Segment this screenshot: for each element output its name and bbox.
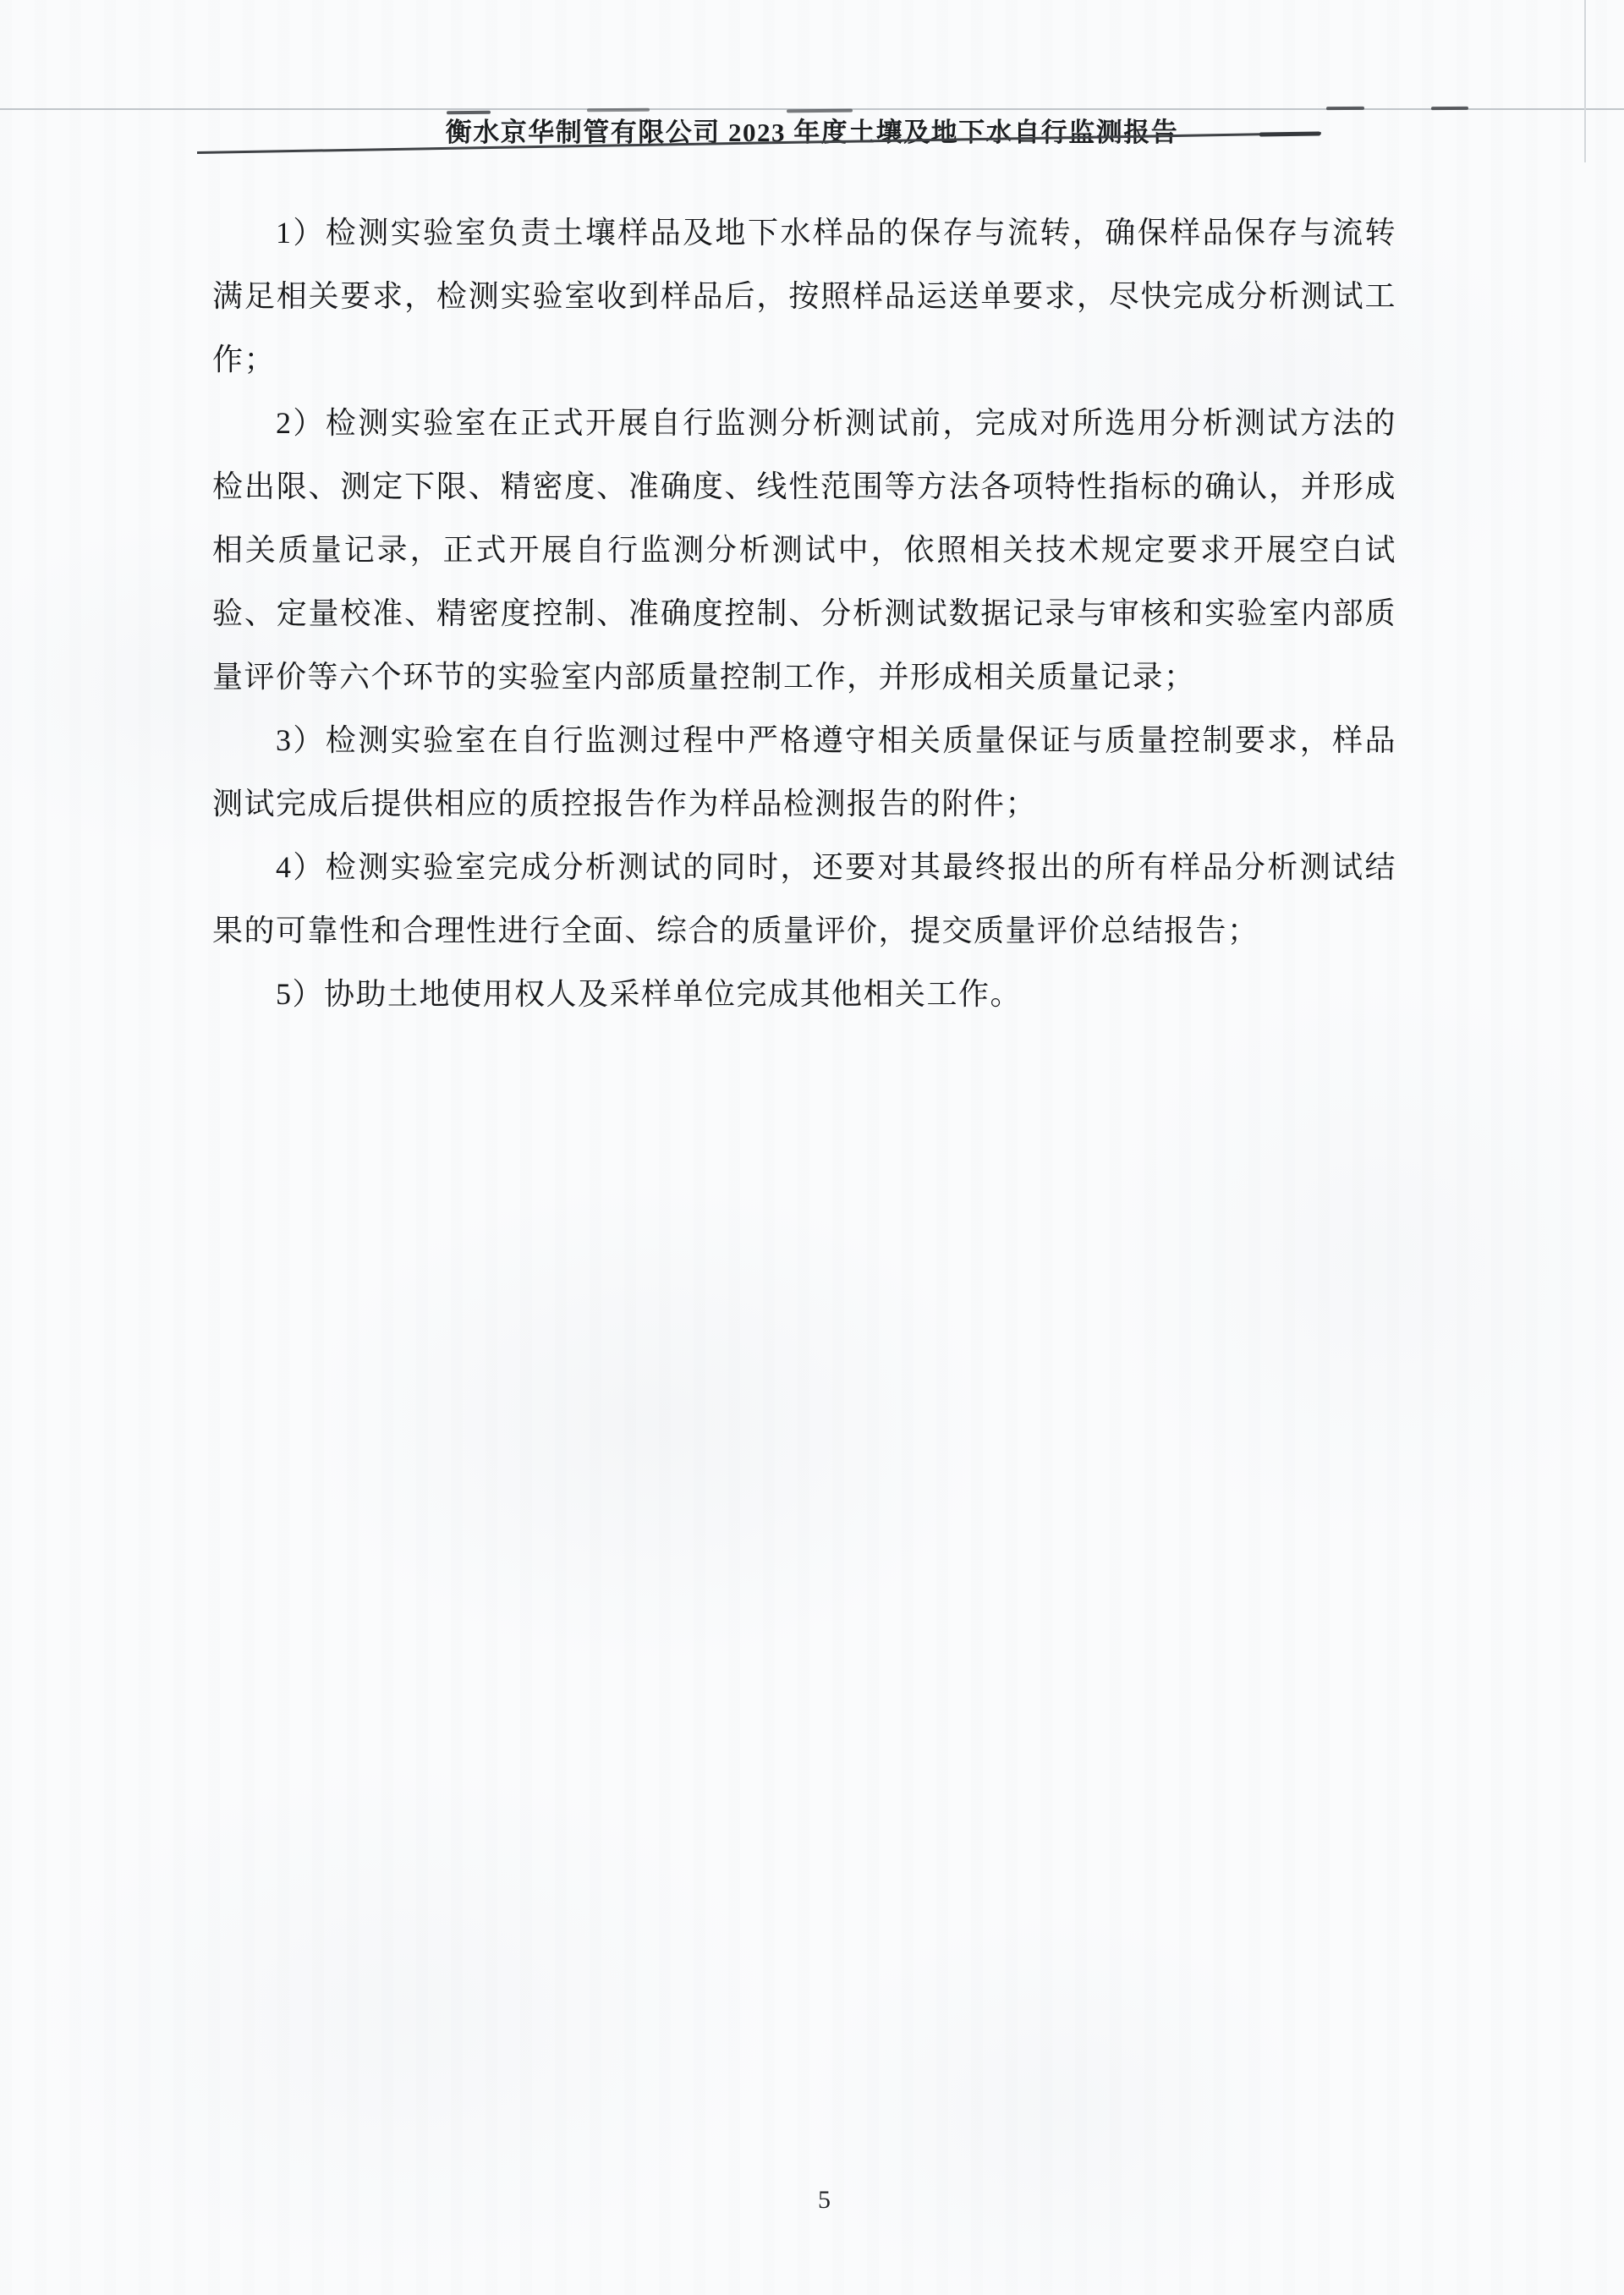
scan-artifact-dash — [1431, 107, 1468, 110]
page-number: 5 — [0, 2186, 1624, 2215]
document-body: 1）检测实验室负责土壤样品及地下水样品的保存与流转，确保样品保存与流转满足相关要… — [212, 201, 1396, 1026]
paragraph-item-5: 5）协助土地使用权人及采样单位完成其他相关工作。 — [212, 963, 1396, 1026]
paragraph-item-3: 3）检测实验室在自行监测过程中严格遵守相关质量保证与质量控制要求，样品测试完成后… — [212, 709, 1396, 836]
paragraph-item-4: 4）检测实验室完成分析测试的同时，还要对其最终报出的所有样品分析测试结果的可靠性… — [212, 836, 1396, 963]
scanned-document-page: 衡水京华制管有限公司 2023 年度土壤及地下水自行监测报告 1）检测实验室负责… — [0, 0, 1624, 2295]
paragraph-item-2: 2）检测实验室在正式开展自行监测分析测试前，完成对所选用分析测试方法的检出限、测… — [212, 392, 1396, 709]
scan-artifact-dash — [1326, 107, 1364, 110]
header-underline-cap — [1259, 131, 1320, 136]
paragraph-item-1: 1）检测实验室负责土壤样品及地下水样品的保存与流转，确保样品保存与流转满足相关要… — [212, 201, 1396, 392]
